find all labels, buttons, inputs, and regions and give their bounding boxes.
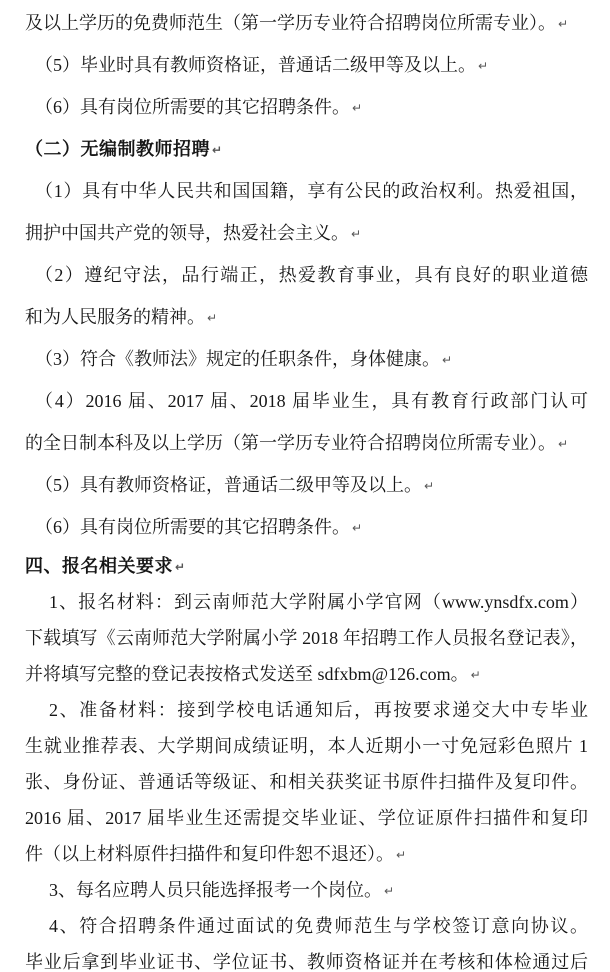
- text-line: （4）2016 届、2017 届、2018 届毕业生，具有教育行政部门认可: [25, 380, 588, 422]
- line-text: （4）2016 届、2017 届、2018 届毕业生，具有教育行政部门认可: [35, 391, 588, 411]
- line-text: （2）遵纪守法，品行端正，热爱教育事业，具有良好的职业道德: [35, 265, 588, 285]
- pilcrow-mark: ↵: [478, 59, 488, 73]
- text-line: 4、符合招聘条件通过面试的免费师范生与学校签订意向协议。: [25, 908, 588, 944]
- line-text: 生就业推荐表、大学期间成绩证明，本人近期小一寸免冠彩色照片 1: [25, 736, 588, 756]
- line-text: （6）具有岗位所需要的其它招聘条件。: [35, 97, 350, 117]
- text-line: 及以上学历的免费师范生（第一学历专业符合招聘岗位所需专业）。↵: [25, 2, 588, 44]
- text-line: 2、准备材料：接到学校电话通知后，再按要求递交大中专毕业: [25, 692, 588, 728]
- text-line: 下载填写《云南师范大学附属小学 2018 年招聘工作人员报名登记表》，: [25, 620, 588, 656]
- text-line: （5）具有教师资格证，普通话二级甲等及以上。↵: [25, 464, 588, 506]
- line-text: （5）具有教师资格证，普通话二级甲等及以上。: [35, 475, 422, 495]
- line-text: 拥护中国共产党的领导，热爱社会主义。: [25, 223, 349, 243]
- line-text: 3、每名应聘人员只能选择报考一个岗位。: [49, 880, 382, 900]
- line-text: （1）具有中华人民共和国国籍，享有公民的政治权利。热爱祖国，: [35, 181, 588, 201]
- pilcrow-mark: ↵: [175, 560, 186, 574]
- pilcrow-mark: ↵: [207, 311, 217, 325]
- line-text: 及以上学历的免费师范生（第一学历专业符合招聘岗位所需专业）。: [25, 13, 556, 33]
- section-heading-2: （二）无编制教师招聘↵: [25, 128, 588, 170]
- text-line: 拥护中国共产党的领导，热爱社会主义。↵: [25, 212, 588, 254]
- text-line: （2）遵纪守法，品行端正，热爱教育事业，具有良好的职业道德: [25, 254, 588, 296]
- pilcrow-mark: ↵: [352, 521, 362, 535]
- text-line: 2016 届、2017 届毕业生还需提交毕业证、学位证原件扫描件和复印: [25, 800, 588, 836]
- text-line: 生就业推荐表、大学期间成绩证明，本人近期小一寸免冠彩色照片 1: [25, 728, 588, 764]
- text-line: 和为人民服务的精神。↵: [25, 296, 588, 338]
- text-line: 件（以上材料原件扫描件和复印件恕不退还）。↵: [25, 836, 588, 872]
- text-line: （1）具有中华人民共和国国籍，享有公民的政治权利。热爱祖国，: [25, 170, 588, 212]
- pilcrow-mark: ↵: [442, 353, 452, 367]
- line-text: （3）符合《教师法》规定的任职条件，身体健康。: [35, 349, 440, 369]
- line-text: 2、准备材料：接到学校电话通知后，再按要求递交大中专毕业: [49, 700, 588, 720]
- pilcrow-mark: ↵: [351, 227, 361, 241]
- line-text: 件（以上材料原件扫描件和复印件恕不退还）。: [25, 844, 394, 864]
- pilcrow-mark: ↵: [384, 884, 394, 898]
- pilcrow-mark: ↵: [352, 101, 362, 115]
- text-line: （5）毕业时具有教师资格证，普通话二级甲等及以上。↵: [25, 44, 588, 86]
- line-text: 下载填写《云南师范大学附属小学 2018 年招聘工作人员报名登记表》，: [25, 628, 588, 648]
- text-line: 的全日制本科及以上学历（第一学历专业符合招聘岗位所需专业）。↵: [25, 422, 588, 464]
- line-text: 4、符合招聘条件通过面试的免费师范生与学校签订意向协议。: [49, 916, 588, 936]
- text-line: 1、报名材料：到云南师范大学附属小学官网（www.ynsdfx.com）: [25, 584, 588, 620]
- pilcrow-mark: ↵: [558, 437, 568, 451]
- line-text: 1、报名材料：到云南师范大学附属小学官网（www.ynsdfx.com）: [49, 592, 588, 612]
- text-line: 并将填写完整的登记表按格式发送至 sdfxbm@126.com。↵: [25, 656, 588, 692]
- text-line: 3、每名应聘人员只能选择报考一个岗位。↵: [25, 872, 588, 908]
- pilcrow-mark: ↵: [558, 17, 568, 31]
- line-text: 的全日制本科及以上学历（第一学历专业符合招聘岗位所需专业）。: [25, 433, 556, 453]
- text-line: （3）符合《教师法》规定的任职条件，身体健康。↵: [25, 338, 588, 380]
- document-page: 及以上学历的免费师范生（第一学历专业符合招聘岗位所需专业）。↵ （5）毕业时具有…: [0, 0, 610, 972]
- pilcrow-mark: ↵: [471, 668, 481, 682]
- text-line: 毕业后拿到毕业证书、学位证书、教师资格证并在考核和体检通过后: [25, 944, 588, 972]
- line-text: 和为人民服务的精神。: [25, 307, 205, 327]
- pilcrow-mark: ↵: [212, 143, 223, 157]
- line-text: （6）具有岗位所需要的其它招聘条件。: [35, 517, 350, 537]
- line-text: 毕业后拿到毕业证书、学位证书、教师资格证并在考核和体检通过后: [25, 952, 588, 972]
- section-heading-4: 四、报名相关要求↵: [25, 548, 588, 584]
- text-line: （6）具有岗位所需要的其它招聘条件。↵: [25, 506, 588, 548]
- line-text: 2016 届、2017 届毕业生还需提交毕业证、学位证原件扫描件和复印: [25, 808, 588, 828]
- line-text: （5）毕业时具有教师资格证，普通话二级甲等及以上。: [35, 55, 476, 75]
- line-text: 四、报名相关要求: [25, 556, 173, 576]
- line-text: 并将填写完整的登记表按格式发送至 sdfxbm@126.com。: [25, 664, 469, 684]
- pilcrow-mark: ↵: [396, 848, 406, 862]
- text-line: 张、身份证、普通话等级证、和相关获奖证书原件扫描件及复印件。: [25, 764, 588, 800]
- pilcrow-mark: ↵: [424, 479, 434, 493]
- text-line: （6）具有岗位所需要的其它招聘条件。↵: [25, 86, 588, 128]
- line-text: （二）无编制教师招聘: [25, 139, 210, 159]
- line-text: 张、身份证、普通话等级证、和相关获奖证书原件扫描件及复印件。: [25, 772, 588, 792]
